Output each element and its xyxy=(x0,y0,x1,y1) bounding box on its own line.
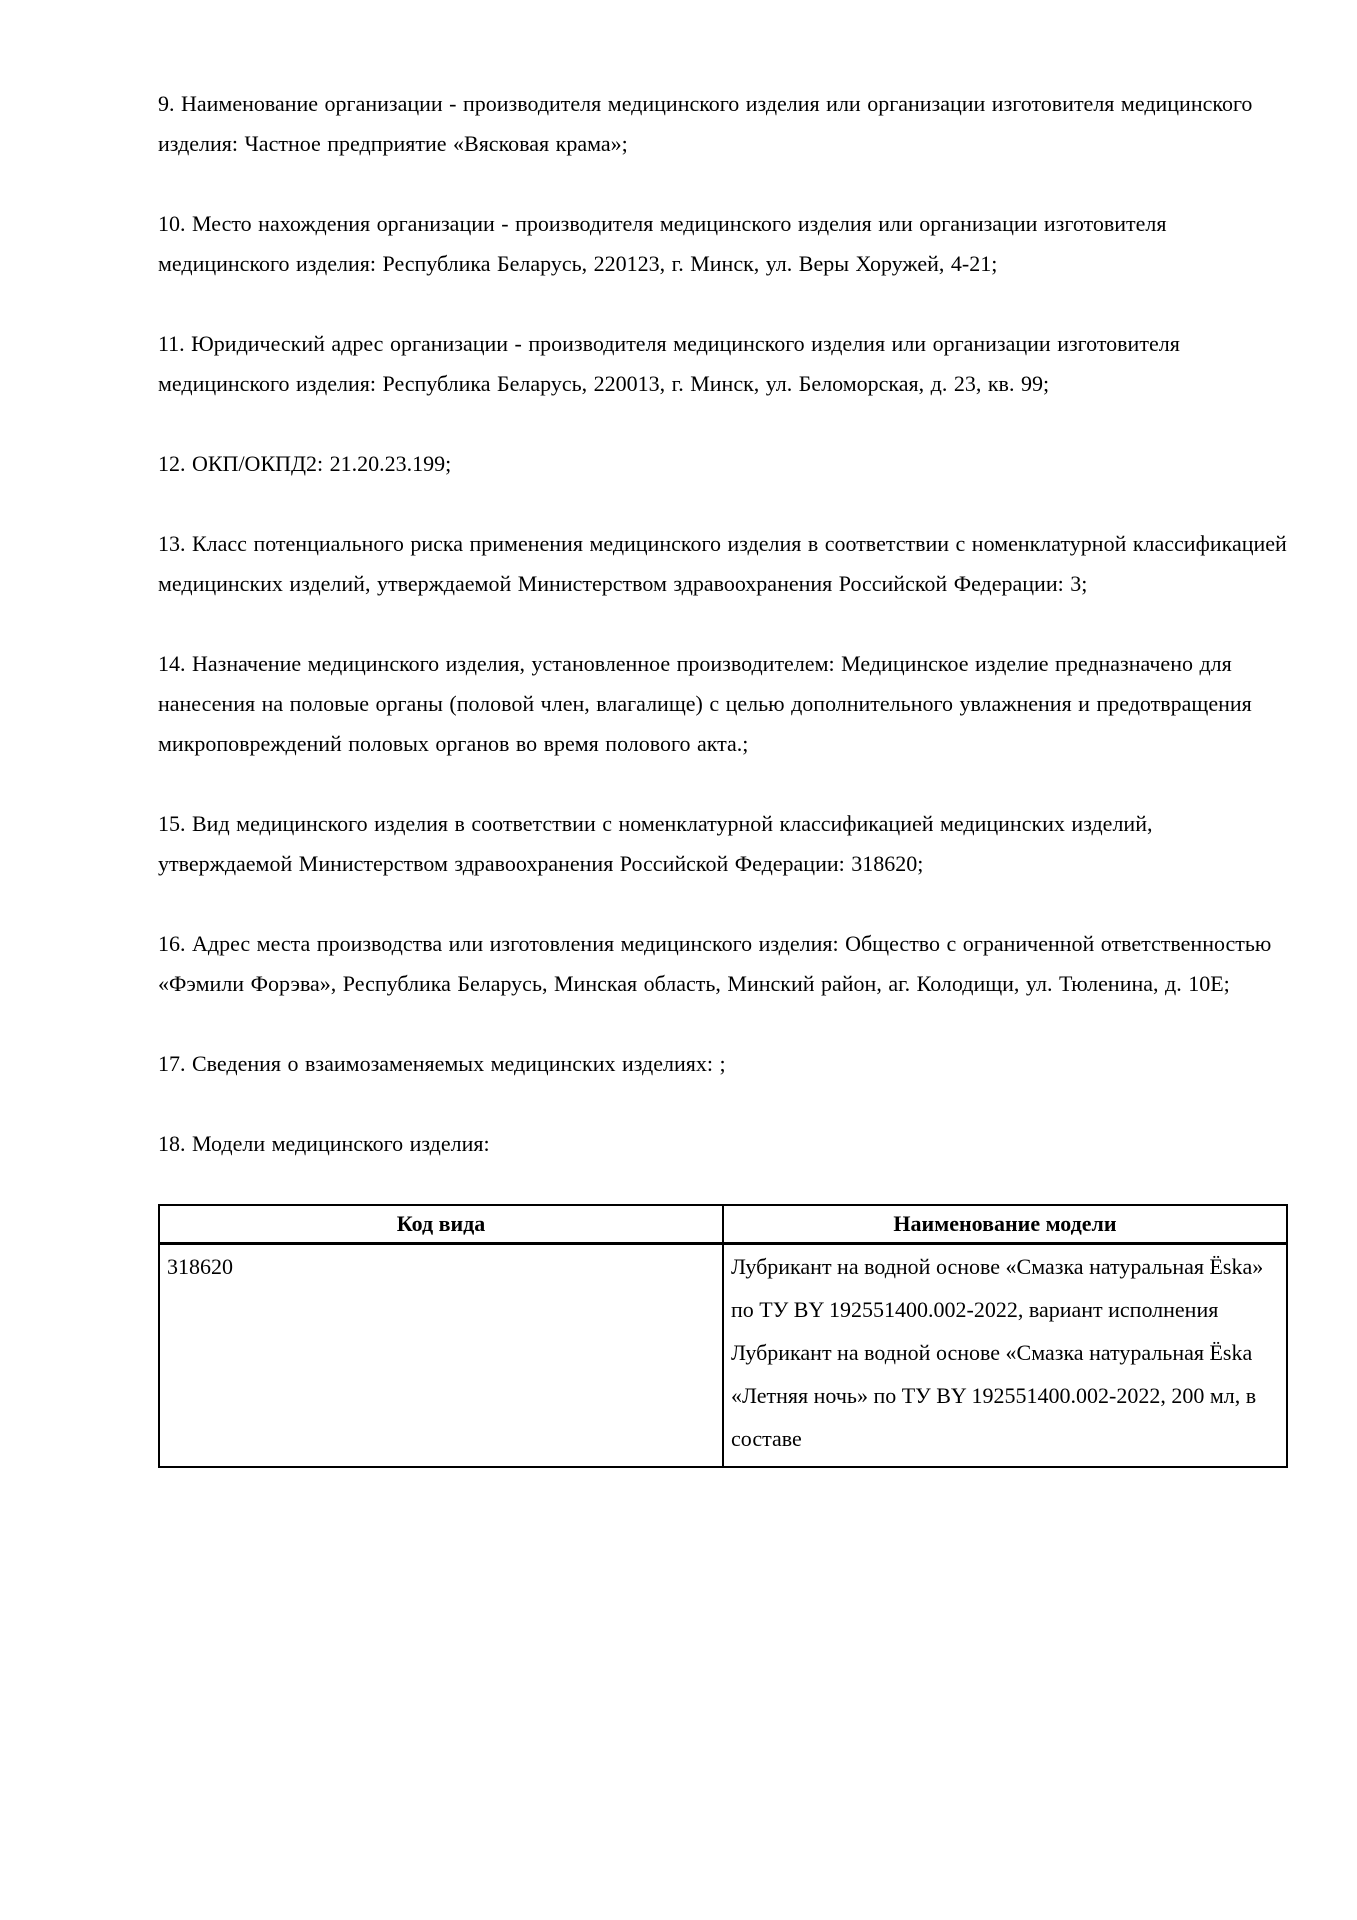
models-table: Код вида Наименование модели 318620 Лубр… xyxy=(158,1204,1288,1468)
models-table-header-row: Код вида Наименование модели xyxy=(159,1205,1287,1243)
paragraph-17-interchangeable-devices: 17. Сведения о взаимозаменяемых медицинс… xyxy=(158,1044,1288,1084)
paragraph-11-legal-address: 11. Юридический адрес организации - прои… xyxy=(158,324,1288,404)
models-table-header-kind-code: Код вида xyxy=(159,1205,723,1243)
model-name-cell: Лубрикант на водной основе «Смазка натур… xyxy=(723,1243,1287,1467)
paragraph-12-okp-okpd2: 12. ОКП/ОКПД2: 21.20.23.199; xyxy=(158,444,1288,484)
paragraph-16-production-address: 16. Адрес места производства или изготов… xyxy=(158,924,1288,1004)
paragraph-18-device-models: 18. Модели медицинского изделия: xyxy=(158,1124,1288,1164)
document-page: 9. Наименование организации - производит… xyxy=(0,0,1357,1920)
paragraph-14-purpose: 14. Назначение медицинского изделия, уст… xyxy=(158,644,1288,764)
models-table-header-model-name: Наименование модели xyxy=(723,1205,1287,1243)
paragraph-15-device-kind: 15. Вид медицинского изделия в соответст… xyxy=(158,804,1288,884)
model-kind-code-cell: 318620 xyxy=(159,1243,723,1467)
paragraph-13-risk-class: 13. Класс потенциального риска применени… xyxy=(158,524,1288,604)
table-row: 318620 Лубрикант на водной основе «Смазк… xyxy=(159,1243,1287,1467)
paragraph-10-manufacturer-location: 10. Место нахождения организации - произ… xyxy=(158,204,1288,284)
paragraph-9-manufacturer-name: 9. Наименование организации - производит… xyxy=(158,84,1288,164)
